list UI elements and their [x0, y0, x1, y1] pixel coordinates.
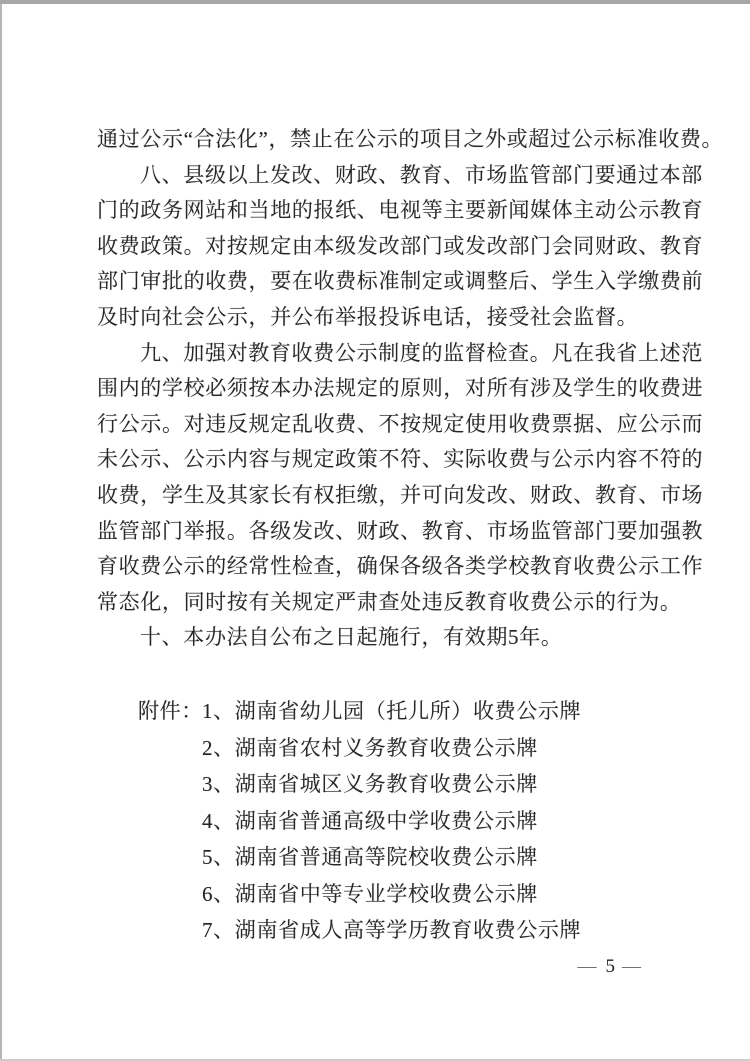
document-line: 部门审批的收费，要在收费标准制定或调整后、学生入学缴费前 [97, 264, 737, 300]
document-line: 行公示。对违反规定乱收费、不按规定使用收费票据、应公示而 [97, 407, 737, 443]
attachment-item: 5、湖南省普通高等院校收费公示牌 [202, 839, 581, 876]
page-number: — 5 — [571, 956, 651, 978]
document-line: 常态化，同时按有关规定严肃查处违反教育收费公示的行为。 [97, 585, 737, 621]
page-edge-top [0, 0, 750, 4]
document-body: 通过公示“合法化”，禁止在公示的项目之外或超过公示标准收费。八、县级以上发改、财… [97, 122, 737, 656]
document-line: 通过公示“合法化”，禁止在公示的项目之外或超过公示标准收费。 [97, 122, 737, 158]
document-line: 围内的学校必须按本办法规定的原则，对所有涉及学生的收费进 [97, 371, 737, 407]
page-edge-left [0, 4, 2, 1061]
document-line: 监管部门举报。各级发改、财政、教育、市场监管部门要加强教 [97, 514, 737, 550]
page-number-dash-right: — [622, 956, 643, 978]
attachment-item: 7、湖南省成人高等学历教育收费公示牌 [202, 912, 581, 949]
document-line: 十、本办法自公布之日起施行，有效期5年。 [97, 620, 737, 656]
attachment-item: 2、湖南省农村义务教育收费公示牌 [202, 730, 581, 767]
document-line: 及时向社会公示，并公布举报投诉电话，接受社会监督。 [97, 300, 737, 336]
document-line: 收费政策。对按规定由本级发改部门或发改部门会同财政、教育 [97, 229, 737, 265]
attachment-items: 1、湖南省幼儿园（托儿所）收费公示牌2、湖南省农村义务教育收费公示牌3、湖南省城… [138, 693, 581, 949]
document-line: 未公示、公示内容与规定政策不符、实际收费与公示内容不符的 [97, 442, 737, 478]
document-line: 收费，学生及其家长有权拒缴，并可向发改、财政、教育、市场 [97, 478, 737, 514]
attachment-list: 附件： 1、湖南省幼儿园（托儿所）收费公示牌2、湖南省农村义务教育收费公示牌3、… [138, 693, 581, 949]
document-line: 门的政务网站和当地的报纸、电视等主要新闻媒体主动公示教育 [97, 193, 737, 229]
page-number-dash-left: — [578, 956, 599, 978]
attachment-item: 1、湖南省幼儿园（托儿所）收费公示牌 [202, 693, 581, 730]
attachment-item: 3、湖南省城区义务教育收费公示牌 [202, 766, 581, 803]
attachment-item: 6、湖南省中等专业学校收费公示牌 [202, 876, 581, 913]
attachment-item: 4、湖南省普通高级中学收费公示牌 [202, 803, 581, 840]
document-line: 八、县级以上发改、财政、教育、市场监管部门要通过本部 [97, 158, 737, 194]
document-line: 育收费公示的经常性检查，确保各级各类学校教育收费公示工作 [97, 549, 737, 585]
page-number-value: 5 [606, 956, 616, 978]
document-page: 通过公示“合法化”，禁止在公示的项目之外或超过公示标准收费。八、县级以上发改、财… [0, 0, 750, 1061]
document-line: 九、加强对教育收费公示制度的监督检查。凡在我省上述范 [97, 336, 737, 372]
attachment-label: 附件： [138, 693, 203, 730]
